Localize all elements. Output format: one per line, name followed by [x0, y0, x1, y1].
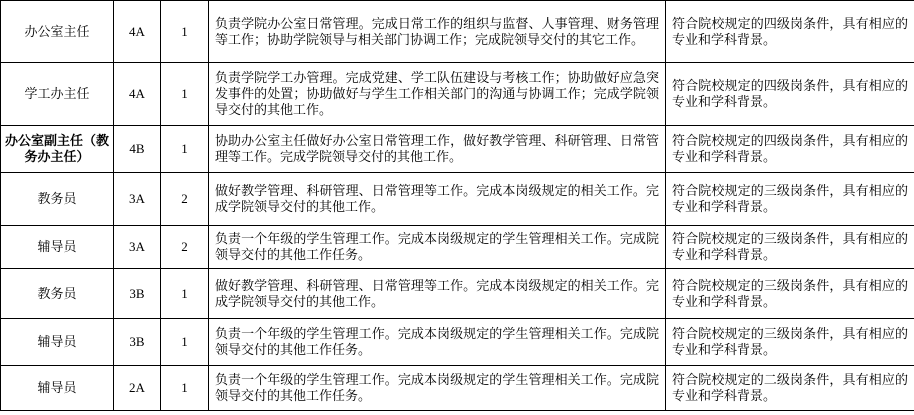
count-cell: 1: [161, 63, 209, 126]
grade-cell: 4B: [114, 126, 161, 173]
table-row: 教务员 3A 2 做好教学管理、科研管理、日常管理等工作。完成本岗级规定的相关工…: [1, 173, 914, 226]
position-cell: 辅导员: [1, 366, 114, 411]
table-row: 辅导员 3B 1 负责一个年级的学生管理工作。完成本岗级规定的学生管理相关工作。…: [1, 319, 914, 366]
count-cell: 1: [161, 269, 209, 319]
duties-cell: 做好教学管理、科研管理、日常管理等工作。完成本岗级规定的相关工作。完成学院领导交…: [209, 269, 666, 319]
table-row: 办公室副主任（教务办主任） 4B 1 协助办公室主任做好办公室日常管理工作，做好…: [1, 126, 914, 173]
count-cell: 1: [161, 126, 209, 173]
position-cell: 辅导员: [1, 319, 114, 366]
table-row: 辅导员 2A 1 负责一个年级的学生管理工作。完成本岗级规定的学生管理相关工作。…: [1, 366, 914, 411]
grade-cell: 3B: [114, 269, 161, 319]
count-cell: 2: [161, 226, 209, 269]
duties-cell: 协助办公室主任做好办公室日常管理工作，做好教学管理、科研管理、日常管理等工作。完…: [209, 126, 666, 173]
grade-cell: 4A: [114, 1, 161, 63]
requirements-cell: 符合院校规定的二级岗条件，具有相应的专业和学科背景。: [666, 366, 914, 411]
count-cell: 1: [161, 319, 209, 366]
grade-cell: 3B: [114, 319, 161, 366]
requirements-cell: 符合院校规定的四级岗条件，具有相应的专业和学科背景。: [666, 1, 914, 63]
requirements-cell: 符合院校规定的三级岗条件，具有相应的专业和学科背景。: [666, 173, 914, 226]
position-cell: 办公室主任: [1, 1, 114, 63]
duties-cell: 做好教学管理、科研管理、日常管理等工作。完成本岗级规定的相关工作。完成学院领导交…: [209, 173, 666, 226]
grade-cell: 2A: [114, 366, 161, 411]
requirements-cell: 符合院校规定的三级岗条件，具有相应的专业和学科背景。: [666, 226, 914, 269]
grade-cell: 3A: [114, 226, 161, 269]
table-row: 辅导员 3A 2 负责一个年级的学生管理工作。完成本岗级规定的学生管理相关工作。…: [1, 226, 914, 269]
duties-cell: 负责一个年级的学生管理工作。完成本岗级规定的学生管理相关工作。完成院领导交付的其…: [209, 319, 666, 366]
duties-cell: 负责学院办公室日常管理。完成日常工作的组织与监督、人事管理、财务管理等工作；协助…: [209, 1, 666, 63]
duties-cell: 负责一个年级的学生管理工作。完成本岗级规定的学生管理相关工作。完成院领导交付的其…: [209, 226, 666, 269]
table-row: 教务员 3B 1 做好教学管理、科研管理、日常管理等工作。完成本岗级规定的相关工…: [1, 269, 914, 319]
position-cell: 辅导员: [1, 226, 114, 269]
count-cell: 1: [161, 1, 209, 63]
requirements-cell: 符合院校规定的三级岗条件，具有相应的专业和学科背景。: [666, 319, 914, 366]
position-cell: 教务员: [1, 269, 114, 319]
count-cell: 2: [161, 173, 209, 226]
position-cell: 办公室副主任（教务办主任）: [1, 126, 114, 173]
position-cell: 学工办主任: [1, 63, 114, 126]
table-row: 办公室主任 4A 1 负责学院办公室日常管理。完成日常工作的组织与监督、人事管理…: [1, 1, 914, 63]
count-cell: 1: [161, 366, 209, 411]
duties-cell: 负责一个年级的学生管理工作。完成本岗级规定的学生管理相关工作。完成院领导交付的其…: [209, 366, 666, 411]
grade-cell: 3A: [114, 173, 161, 226]
table-row: 学工办主任 4A 1 负责学院学工办管理。完成党建、学工队伍建设与考核工作；协助…: [1, 63, 914, 126]
requirements-cell: 符合院校规定的四级岗条件，具有相应的专业和学科背景。: [666, 126, 914, 173]
job-table: 办公室主任 4A 1 负责学院办公室日常管理。完成日常工作的组织与监督、人事管理…: [0, 0, 914, 411]
position-cell: 教务员: [1, 173, 114, 226]
requirements-cell: 符合院校规定的三级岗条件，具有相应的专业和学科背景。: [666, 269, 914, 319]
grade-cell: 4A: [114, 63, 161, 126]
requirements-cell: 符合院校规定的四级岗条件，具有相应的专业和学科背景。: [666, 63, 914, 126]
duties-cell: 负责学院学工办管理。完成党建、学工队伍建设与考核工作；协助做好应急突发事件的处置…: [209, 63, 666, 126]
